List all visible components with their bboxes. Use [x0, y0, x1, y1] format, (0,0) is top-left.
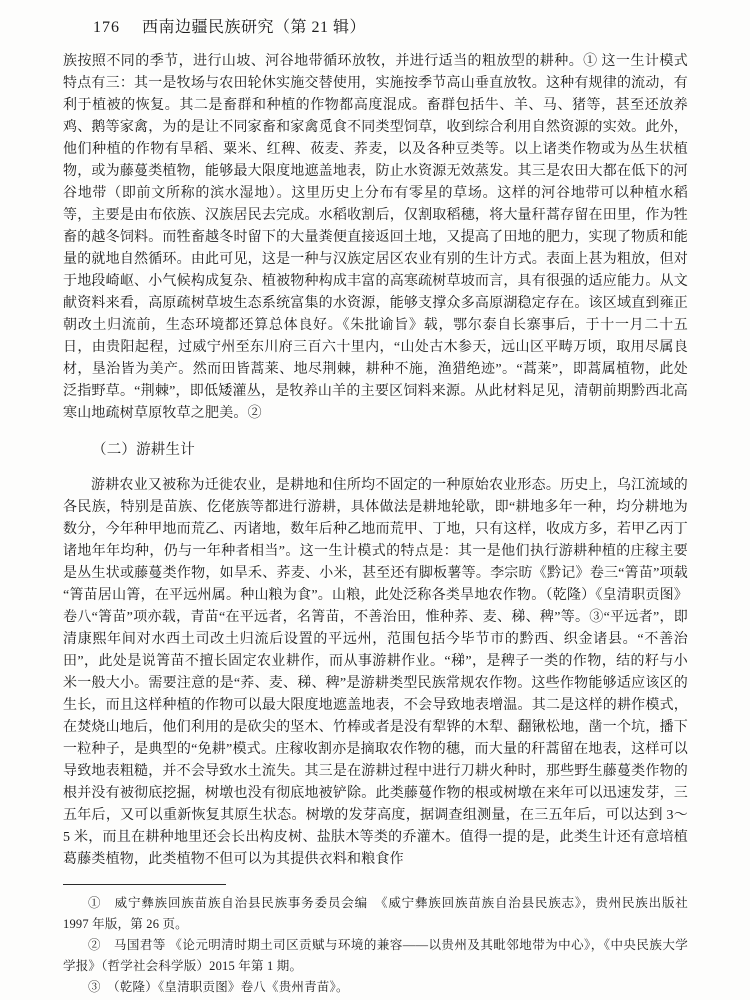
running-header: 176 西南边疆民族研究（第 21 辑）	[63, 14, 688, 37]
footnote-1: ① 威宁彝族回族苗族自治县民族事务委员会编 《威宁彝族回族苗族自治县民族志》，贵…	[63, 893, 688, 935]
footnote-2: ② 马国君等 《论元明清时期土司区贡赋与环境的兼容——以贵州及其毗邻地带为中心》…	[63, 935, 688, 977]
footnote-3: ③ （乾隆）《皇清职贡图》卷八《贵州青苗》。	[63, 977, 688, 998]
footnote-divider	[63, 884, 226, 885]
footnotes-block: ① 威宁彝族回族苗族自治县民族事务委员会编 《威宁彝族回族苗族自治县民族志》，贵…	[63, 893, 688, 998]
page-body: 族按照不同的季节，进行山坡、河谷地带循环放牧，并进行适当的粗放型的耕种。① 这一…	[63, 51, 688, 871]
page-number: 176	[93, 19, 120, 37]
paragraph-shifting-cultivation: 游耕农业又被称为迁徙农业，是耕地和住所均不固定的一种原始农业形态。历史上，乌江流…	[63, 475, 688, 871]
paragraph-pastoral-livelihood: 族按照不同的季节，进行山坡、河谷地带循环放牧，并进行适当的粗放型的耕种。① 这一…	[63, 51, 688, 425]
book-page: 176 西南边疆民族研究（第 21 辑） 族按照不同的季节，进行山坡、河谷地带循…	[0, 0, 750, 1000]
book-title: 西南边疆民族研究（第 21 辑）	[142, 14, 366, 37]
section-heading-shifting-cultivation: （二）游耕生计	[63, 439, 688, 461]
